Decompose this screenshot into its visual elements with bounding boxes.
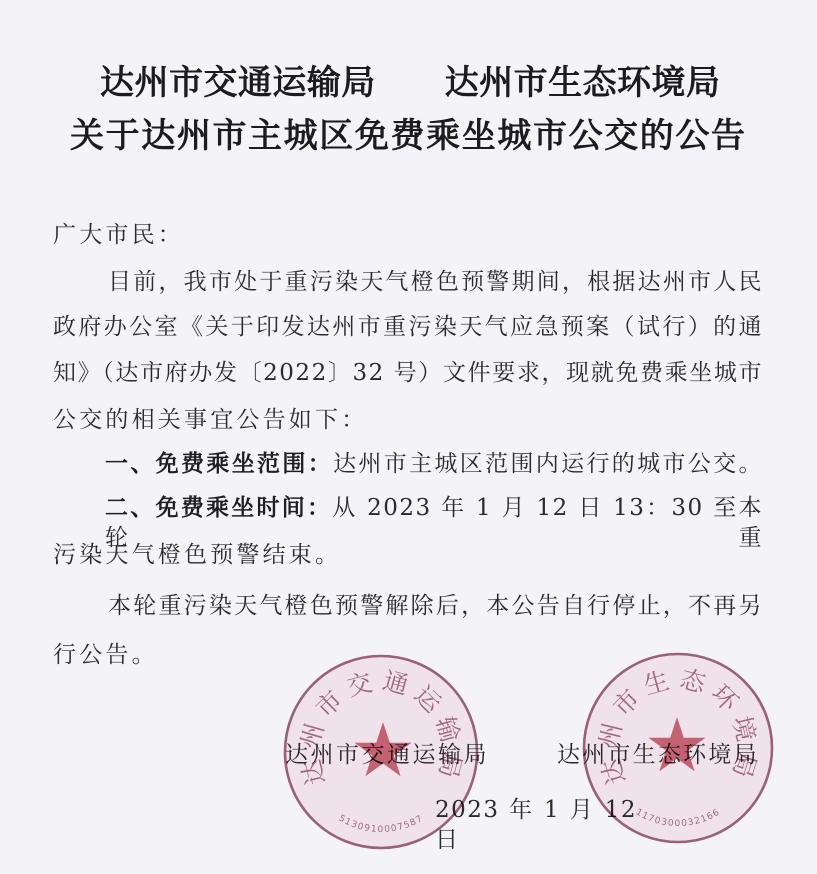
item-free-ride-period: 二、免费乘坐时间：从 2023 年 1 月 12 日 13：30 至本轮重 xyxy=(105,493,763,523)
title-issuing-authorities: 达州市交通运输局 达州市生态环境局 xyxy=(100,63,720,103)
issue-date: 2023 年 1 月 12 日 xyxy=(435,795,637,825)
item-1-text: 达州市主城区范围内运行的城市公交。 xyxy=(333,451,763,477)
paragraph-1-line-4: 公交的相关事宜公告如下： xyxy=(53,405,367,435)
signature-transport-bureau: 达州市交通运输局 xyxy=(285,740,488,770)
paragraph-1-line-2: 政府办公室《关于印发达州市重污染天气应急预案（试行）的通 xyxy=(53,312,763,342)
paragraph-2-line-2: 行公告。 xyxy=(53,640,158,670)
seal-1-code: 5130910007587 xyxy=(337,814,426,835)
title-announcement-subject: 关于达州市主城区免费乘坐城市公交的公告 xyxy=(70,116,745,156)
paragraph-2-line-1: 本轮重污染天气橙色预警解除后，本公告自行停止，不再另 xyxy=(108,591,763,621)
signature-ecology-environment-bureau: 达州市生态环境局 xyxy=(557,740,758,770)
salutation: 广大市民： xyxy=(53,220,184,250)
item-2-label: 二、免费乘坐时间： xyxy=(105,495,332,521)
item-1-label: 一、免费乘坐范围： xyxy=(105,451,333,477)
item-2-text-line-2: 污染天气橙色预警结束。 xyxy=(53,540,341,570)
paragraph-1-line-3: 知》（达市府办发〔2022〕32 号）文件要求，现就免费乘坐城市 xyxy=(53,358,763,388)
paragraph-1-line-1: 目前，我市处于重污染天气橙色预警期间，根据达州市人民 xyxy=(108,267,763,297)
seal-2-code: 1170300032166 xyxy=(634,807,723,829)
item-free-ride-scope: 一、免费乘坐范围：达州市主城区范围内运行的城市公交。 xyxy=(105,449,763,479)
